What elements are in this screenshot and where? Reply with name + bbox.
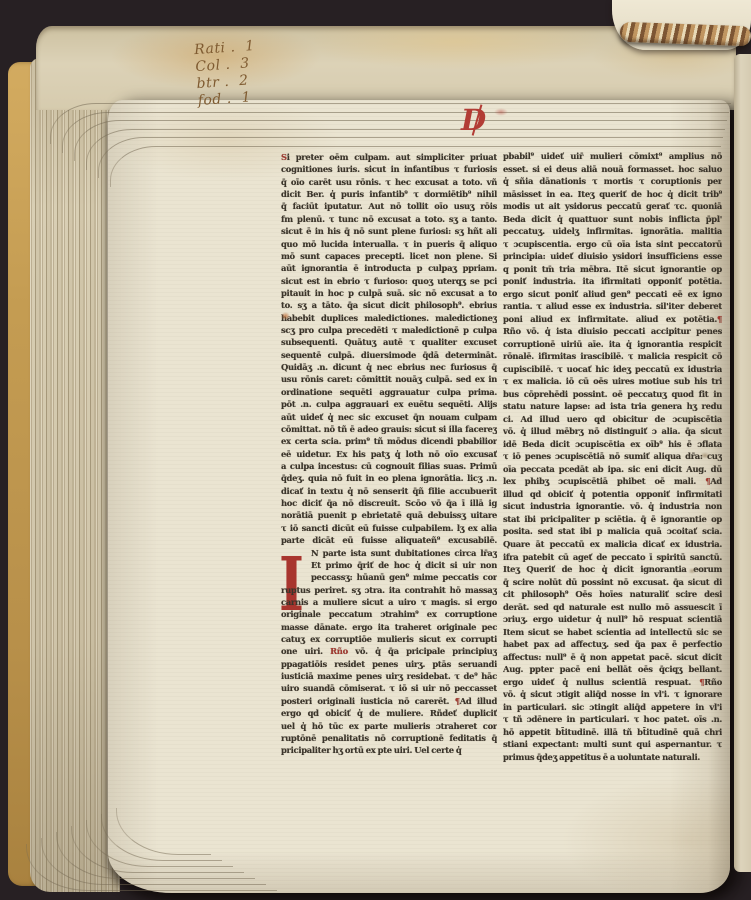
text-segment: sicut est in ebrio τ furioso: quoʒ uterq… xyxy=(281,276,497,286)
text-line: statu nature lapse: ad ista tria genera … xyxy=(503,401,722,414)
text-line: principia: uideť diuisio ysidori insuffi… xyxy=(503,251,722,264)
text-segment: lex phibʒ ɔcupiscētiā phibet oē mali. xyxy=(503,476,705,486)
text-line: scʒ pro culpa precedēti τ maledictionē p… xyxy=(281,325,497,337)
text-segment: cupiscibilē. τ uocať hic ideʒ peccatū ex… xyxy=(503,364,722,374)
text-segment: N parte ista sunt dubitationes circa lr̄… xyxy=(311,548,497,558)
text-line: pōt .n. culpa aggrauari ex euētu sequēti… xyxy=(281,399,497,411)
text-line: lex phibʒ ɔcupiscētiā phibet oē mali. ¶A… xyxy=(503,476,722,489)
text-segment: originale peccatum ɔtrahim⁹ ex corruptio… xyxy=(281,609,497,619)
text-segment: primus q̄deʒ appetitus ē a uoluntate nat… xyxy=(503,752,700,762)
text-segment: habet pax ad affectuʒ. sed q̄a pax ē per… xyxy=(503,639,722,649)
text-segment: stiani expectant: multi sunt qui asperna… xyxy=(503,739,722,749)
text-line: sequentē culpā. diuersimode q̄dā determi… xyxy=(281,350,497,362)
text-line: sicut industria ignorantie. vō. q̓ indus… xyxy=(503,501,722,514)
text-line: τ ex malicia. iō cū oēs uires motiue sub… xyxy=(503,376,722,389)
text-segment: oīa peccata pcedāt ab ipa. sic eni dicit… xyxy=(503,464,722,474)
text-segment: dicať in textu q̓ nō senserit q̄ñ filie … xyxy=(281,486,497,496)
stain xyxy=(700,452,710,459)
text-segment: ergo qd obiciť q̓ de muliere. Rñdeť dupl… xyxy=(281,708,497,718)
text-line: primus q̄deʒ appetitus ē a uoluntate nat… xyxy=(503,752,722,765)
text-line: q̄ oīo carēt usu rōnis. τ hec excusat a … xyxy=(281,177,497,189)
text-segment: bus cōprehēdi possint. oē peccatuʒ quod … xyxy=(503,389,722,399)
text-line: corruptionē uiriū aīe. ita q̓ ignorantia… xyxy=(503,339,722,352)
text-line: Et primo q̄riť de hoc q̓ dicit si uir no… xyxy=(281,560,497,572)
text-segment: Rño xyxy=(704,677,722,687)
text-segment: dicit Ber. q̓ puris infantib⁹ τ dormiēti… xyxy=(281,189,497,199)
text-line: poni aliud ex infirmitate. aliud ex potē… xyxy=(503,314,722,327)
signature-mark: D xyxy=(461,106,486,135)
text-line: rōnalē. ifirmitas irascibilē. τ malicia … xyxy=(503,351,722,364)
text-segment: τ iō sancti dicūt eū fuisse culpabilem. … xyxy=(281,523,497,533)
text-segment: posita. sed stat ibi p malicia quā ɔcoit… xyxy=(503,526,722,536)
text-segment: cit philosoph⁹ Oēs hoīes naturaliť scire… xyxy=(503,589,722,599)
text-segment: q̓ sñia dānationis τ mortis τ coruptioni… xyxy=(503,176,722,186)
text-segment: q̄ oīo carēt usu rōnis. τ hec excusat a … xyxy=(281,177,497,187)
text-segment: scʒ pro culpa precedēti τ maledictionē p… xyxy=(281,325,497,335)
text-line: ɔriuʒ. ergo uidetur q̓ null⁹ hō respuat … xyxy=(503,614,722,627)
text-segment: vō. q̓ sicut ɔtigit aliq̄d nosse in vl'i… xyxy=(503,689,722,699)
text-line: q̄deʒ. quia nō fuit in eo plena ignorāti… xyxy=(281,473,497,485)
text-line: q̓ sñia dānationis τ mortis τ coruptioni… xyxy=(503,176,722,189)
text-segment: peccassʒ: hūanū gen⁹ mime peccatis cor xyxy=(311,572,497,582)
text-line: dicit Ber. q̓ puris infantib⁹ τ dormiēti… xyxy=(281,189,497,201)
text-line: ex certa scia. prim⁹ tñ mōdus dicendi pb… xyxy=(281,436,497,448)
red-ink-speck xyxy=(494,108,508,116)
text-line: māsisset in ea. Iteʒ queriť de hoc q̓ di… xyxy=(503,189,722,202)
text-segment: derāt. sed qd naturale est nullo mō assu… xyxy=(503,602,722,612)
stain xyxy=(688,568,696,574)
text-line: modis ut ait ysidorus peccatū gerať τc. … xyxy=(503,201,722,214)
text-segment: q ponit tm̄ tria mēbra. Itē sicut ignora… xyxy=(503,264,722,274)
text-line: sicut ē in his q̄ nō sunt plene furiosi:… xyxy=(281,226,497,238)
rubric-segment: ¶ xyxy=(717,314,722,324)
text-line: pbabil⁹ uideť uir̄ mulieri cōmixt⁹ ampli… xyxy=(503,151,722,164)
text-segment: stat ibi pricipaliter p sciētia. q̄ ē ig… xyxy=(503,514,722,524)
text-line: Quare āt peccatū ex malicia dicať ex idu… xyxy=(503,539,722,552)
text-line: vō. q̓ sicut ɔtigit aliq̄d nosse in vl'i… xyxy=(503,689,722,702)
text-line: mō sunt capaces precepti. licet non plen… xyxy=(281,251,497,263)
text-segment: Ad xyxy=(710,476,722,486)
text-line: sicut est in ebrio τ furioso: quoʒ uterq… xyxy=(281,276,497,288)
facing-page-edge xyxy=(734,54,751,872)
text-segment: usu rōnis caret: cōmittit nouāʒ culpā. s… xyxy=(281,374,497,384)
text-line: norātiā puenit p ebrietatē quā debuissʒ … xyxy=(281,510,497,522)
text-segment: Et primo q̄riť de hoc q̓ dicit si uir no… xyxy=(311,560,497,570)
text-segment: fm plenū. τ tunc nō excusat a toto. sʒ a… xyxy=(281,214,497,224)
text-segment: ifra patebit cū ageť de peccato ī spirit… xyxy=(503,552,722,562)
text-line: pitauit in hoc p culpā suā. sic nō excus… xyxy=(281,288,497,300)
text-segment: pricipaliter hʒ ortū ex pte uiri. Uel ce… xyxy=(281,745,461,755)
text-line: bus cōprehēdi possint. oē peccatuʒ quod … xyxy=(503,389,722,402)
text-line: idē Beda dicit ɔcupiscētia ex oīb⁹ his ē… xyxy=(503,439,722,452)
text-segment: quo mō lucida interualla. τ in pueris q̄… xyxy=(281,239,497,249)
edge-annotations: Rati . 1Col . 3btr . 2fod . 1 xyxy=(194,38,259,110)
text-line: pricipaliter hʒ ortū ex pte uiri. Uel ce… xyxy=(281,745,497,757)
right-column: pbabil⁹ uideť uir̄ mulieri cōmixt⁹ ampli… xyxy=(503,151,722,764)
text-line: vō. q̓ illud mēbrʒ nō distinguiť ɔ alia.… xyxy=(503,426,722,439)
text-segment: statu nature lapse: ad ista tria genera … xyxy=(503,401,722,411)
text-segment: affectus: null⁹ ē q̄ non appetat pacē. s… xyxy=(503,652,722,662)
text-segment: parte dicāt eū fuisse aliquateñ⁹ excusab… xyxy=(281,535,497,545)
text-line: eē uidetur. Ex his patʒ q̓ loth nō oīo e… xyxy=(281,449,497,461)
text-segment: q̄ faciūt iputatur. Aut nō tollit oīo us… xyxy=(281,201,497,211)
text-line: ruptōnē penalitatis nō corruptionē fedit… xyxy=(281,733,497,745)
stain xyxy=(281,312,290,320)
text-segment: Quidāʒ .n. dicunt q̓ nec ebrius nec furi… xyxy=(281,362,497,372)
text-segment: idē Beda dicit ɔcupiscētia ex oīb⁹ his ē… xyxy=(503,439,722,449)
text-line: Si preter oēm culpam. aut simpliciter pr… xyxy=(281,152,497,164)
text-line: quo mō lucida interualla. τ in pueris q̄… xyxy=(281,239,497,251)
text-segment: ergo uideť q̓ nullus scientiā respuat. xyxy=(503,677,699,687)
text-segment: τ ex malicia. iō cū oēs uires motiue sub… xyxy=(503,376,722,386)
text-line: uiro suandā cōmiserat. τ iō si uir nō pe… xyxy=(281,683,497,695)
text-line: posteri originali iusticia nō carerēt. ¶… xyxy=(281,696,497,708)
text-segment: τ iō penes ɔcupiscētiā nō sumiť aliqua d… xyxy=(503,451,722,461)
text-line: catuʒ ex corruptiōe mulieris sicut ex co… xyxy=(281,634,497,646)
text-line: ergo uideť q̓ nullus scientiā respuat. ¶… xyxy=(503,677,722,690)
text-segment: corruptionē uiriū aīe. ita q̓ ignorantia… xyxy=(503,339,722,349)
text-line: Beda dicit q̓ quattuor sunt nobis inflic… xyxy=(503,214,722,227)
text-segment: aūt uideť q̓ nec sic excuset q̄n nouam c… xyxy=(281,412,497,422)
text-segment: ordinatione sequēti aggrauatur culpa pri… xyxy=(281,387,497,397)
text-line: τ iō sancti dicūt eū fuisse culpabilem. … xyxy=(281,523,497,535)
text-segment: Rño vō. q̓ ista diuisio peccati accipitu… xyxy=(503,326,722,336)
text-segment: τ tñ ɔdēnere in particulari. τ hoc patet… xyxy=(503,714,722,724)
text-line: ruptus periret. sʒ ɔtra. ita contrahit h… xyxy=(281,585,497,597)
text-line: hoc diciť q̄a nō discreuit. Scōo vō q̄a … xyxy=(281,498,497,510)
text-segment: a culpa incestus: cū cognouit filias sua… xyxy=(281,461,497,471)
text-segment: sicut industria ignorantie. vō. q̓ indus… xyxy=(503,501,722,511)
text-line: parte dicāt eū fuisse aliquateñ⁹ excusab… xyxy=(281,535,497,547)
text-segment: Ad illud xyxy=(460,696,497,706)
text-line: ifra patebit cū ageť de peccato ī spirit… xyxy=(503,552,722,565)
text-segment: hō appetit bt̄itudinē. illā tñ bt̄itudin… xyxy=(503,727,722,737)
text-segment: pōt .n. culpa aggrauari ex euētu sequēti… xyxy=(281,399,497,409)
text-segment: norātiā puenit p ebrietatē quā debuissʒ … xyxy=(281,510,497,520)
text-segment: uel q̓ hō tūc ex parte mulieris ɔtrahere… xyxy=(281,721,497,731)
text-segment: Aug. ppter pacē eni bellāt oēs q̄ciqʒ be… xyxy=(503,664,722,674)
text-segment: in particulari. sic ɔtingit aliq̄d appet… xyxy=(503,702,722,712)
text-segment: ergo sicut poniť aliud gen⁹ peccati eē e… xyxy=(503,289,722,299)
text-line: ordinatione sequēti aggrauatur culpa pri… xyxy=(281,387,497,399)
text-segment: rantia. τ aliud esse ex industria. sil'i… xyxy=(503,301,722,311)
text-line: q̄ scire nolūt dū possint nō excusat. q̄… xyxy=(503,577,722,590)
text-segment: carnis a muliere sicut a uiro τ magis. s… xyxy=(281,597,497,607)
text-line: masse dānate. ergo ita traheret original… xyxy=(281,622,497,634)
text-segment: to. sʒ a tāto. q̄a sicut dicit philosoph… xyxy=(281,300,497,310)
text-segment: i preter oēm culpam. aut simpliciter pri… xyxy=(287,152,497,162)
text-line: stat ibi pricipaliter p sciētia. q̄ ē ig… xyxy=(503,514,722,527)
text-line: illud qd obiciť q̓ potentia opponiť infi… xyxy=(503,489,722,502)
text-line: Aug. ppter pacē eni bellāt oēs q̄ciqʒ be… xyxy=(503,664,722,677)
text-line: peccassʒ: hūanū gen⁹ mime peccatis cor xyxy=(281,572,497,584)
text-line: carnis a muliere sicut a uiro τ magis. s… xyxy=(281,597,497,609)
text-line: esset. si ei deus aliā nouā formasset. h… xyxy=(503,164,722,177)
text-line: ergo qd obiciť q̓ de muliere. Rñdeť dupl… xyxy=(281,708,497,720)
text-line: uel q̓ hō tūc ex parte mulieris ɔtrahere… xyxy=(281,721,497,733)
text-segment: q̄ scire nolūt dū possint nō excusat. q̄… xyxy=(503,577,722,587)
text-line: q̄ faciūt iputatur. Aut nō tollit oīo us… xyxy=(281,201,497,213)
text-line: habet pax ad affectuʒ. sed q̄a pax ē per… xyxy=(503,639,722,652)
fore-edge-stack xyxy=(30,58,120,892)
text-line: derāt. sed qd naturale est nullo mō assu… xyxy=(503,602,722,615)
text-line: iusticiā maxime penes uirʒ residebat. τ … xyxy=(281,671,497,683)
text-line: habebit duplices maledictiones. maledict… xyxy=(281,313,497,325)
text-segment: masse dānate. ergo ita traheret original… xyxy=(281,622,497,632)
text-segment: habebit duplices maledictiones. maledict… xyxy=(281,313,497,323)
text-line: poniť industria. ita ifirmitati opponiť … xyxy=(503,276,722,289)
text-segment: ppagatiōis residet penes uirʒ. ptās seru… xyxy=(281,659,497,669)
text-segment: māsisset in ea. Iteʒ queriť de hoc q̓ di… xyxy=(503,189,722,199)
text-segment: vō. q̓ illud mēbrʒ nō distinguiť ɔ alia.… xyxy=(503,426,722,436)
text-segment: hoc diciť q̄a nō discreuit. Scōo vō q̄a … xyxy=(281,498,497,508)
text-line: cit philosoph⁹ Oēs hoīes naturaliť scire… xyxy=(503,589,722,602)
text-segment: iusticiā maxime penes uirʒ residebat. τ … xyxy=(281,671,497,681)
text-line: posita. sed stat ibi p malicia quā ɔcoit… xyxy=(503,526,722,539)
text-segment: catuʒ ex corruptiōe mulieris sicut ex co… xyxy=(281,634,497,644)
text-line: fm plenū. τ tunc nō excusat a toto. sʒ a… xyxy=(281,214,497,226)
text-segment: principia: uideť diuisio ysidori insuffi… xyxy=(503,251,722,261)
text-line: subsequenti. Quātuʒ autē τ qualiter excu… xyxy=(281,337,497,349)
text-segment: q̄deʒ. quia nō fuit in eo plena ignorāti… xyxy=(281,473,497,483)
text-line: in particulari. sic ɔtingit aliq̄d appet… xyxy=(503,702,722,715)
text-segment: poni aliud ex infirmitate. aliud ex potē… xyxy=(503,314,717,324)
text-segment: modis ut ait ysidorus peccatū gerať τc. … xyxy=(503,201,722,211)
text-segment: uiro suandā cōmiserat. τ iō si uir nō pe… xyxy=(281,683,497,693)
text-segment: illud qd obiciť q̓ potentia opponiť infi… xyxy=(503,489,722,499)
text-segment: peccatuʒ. uidelʒ infirmitas. ignorātia. … xyxy=(503,226,722,236)
text-segment: ɔriuʒ. ergo uidetur q̓ null⁹ hō respuat … xyxy=(503,614,722,624)
text-segment: Item sicut se habet scientia ad intellec… xyxy=(503,627,722,637)
text-line: ergo sicut poniť aliud gen⁹ peccati eē e… xyxy=(503,289,722,302)
text-line: N parte ista sunt dubitationes circa lr̄… xyxy=(281,548,497,560)
text-line: Rño vō. q̓ ista diuisio peccati accipitu… xyxy=(503,326,722,339)
text-segment: mō sunt capaces precepti. licet non plen… xyxy=(281,251,497,261)
text-segment: sequentē culpā. diuersimode q̄dā determi… xyxy=(281,350,497,360)
text-segment: cōmittat. nō tñ ē adeo grauis: sicut si … xyxy=(281,424,497,434)
text-line: dicať in textu q̓ nō senserit q̄ñ filie … xyxy=(281,486,497,498)
book-photo: Rati . 1Col . 3btr . 2fod . 1 D I Si pre… xyxy=(0,0,751,900)
text-line: ppagatiōis residet penes uirʒ. ptās seru… xyxy=(281,659,497,671)
text-segment: ruptōnē penalitatis nō corruptionē fedit… xyxy=(281,733,497,743)
text-line: peccatuʒ. uidelʒ infirmitas. ignorātia. … xyxy=(503,226,722,239)
text-segment: rōnalē. ifirmitas irascibilē. τ malicia … xyxy=(503,351,722,361)
text-segment: pbabil⁹ uideť uir̄ mulieri cōmixt⁹ ampli… xyxy=(503,151,722,161)
text-segment: poniť industria. ita ifirmitati opponiť … xyxy=(503,276,722,286)
text-line: cōmittat. nō tñ ē adeo grauis: sicut si … xyxy=(281,424,497,436)
text-segment: aūt ignorantia ē introducta p culpaʒ ppr… xyxy=(281,263,497,273)
text-line: aūt uideť q̓ nec sic excuset q̄n nouam c… xyxy=(281,412,497,424)
text-line: Item sicut se habet scientia ad intellec… xyxy=(503,627,722,640)
text-line: τ iō penes ɔcupiscētiā nō sumiť aliqua d… xyxy=(503,451,722,464)
text-segment: vō. q̓ q̄a pricipale principiuʒ xyxy=(348,646,497,656)
text-line: hō appetit bt̄itudinē. illā tñ bt̄itudin… xyxy=(503,727,722,740)
text-line: q ponit tm̄ tria mēbra. Itē sicut ignora… xyxy=(503,264,722,277)
text-segment: subsequenti. Quātuʒ autē τ qualiter excu… xyxy=(281,337,497,347)
text-line: ci. Ad illud uero qd obicitur de ɔcupisc… xyxy=(503,414,722,427)
text-segment: cognitiones iuris. sicut in infantibus τ… xyxy=(281,164,497,174)
text-line: affectus: null⁹ ē q̄ non appetat pacē. s… xyxy=(503,652,722,665)
text-line: Quidāʒ .n. dicunt q̓ nec ebrius nec furi… xyxy=(281,362,497,374)
text-segment: τ ɔcupiscentia. ergo cū oīa ista sint pe… xyxy=(503,239,722,249)
text-line: τ tñ ɔdēnere in particulari. τ hoc patet… xyxy=(503,714,722,727)
text-line: stiani expectant: multi sunt qui asperna… xyxy=(503,739,722,752)
text-line: cognitiones iuris. sicut in infantibus τ… xyxy=(281,164,497,176)
text-segment: sicut ē in his q̄ nō sunt plene furiosi:… xyxy=(281,226,497,236)
text-line: usu rōnis caret: cōmittit nouāʒ culpā. s… xyxy=(281,374,497,386)
rubric-segment: Rño xyxy=(330,646,348,656)
text-line: aūt ignorantia ē introducta p culpaʒ ppr… xyxy=(281,263,497,275)
text-line: τ ɔcupiscentia. ergo cū oīa ista sint pe… xyxy=(503,239,722,252)
text-segment: posteri originali iusticia nō carerēt. xyxy=(281,696,455,706)
text-segment: pitauit in hoc p culpā suā. sic nō excus… xyxy=(281,288,497,298)
text-line: oīa peccata pcedāt ab ipa. sic eni dicit… xyxy=(503,464,722,477)
text-segment: ex certa scia. prim⁹ tñ mōdus dicendi pb… xyxy=(281,436,497,446)
text-line: a culpa incestus: cū cognouit filias sua… xyxy=(281,461,497,473)
text-segment: esset. si ei deus aliā nouā formasset. h… xyxy=(503,164,722,174)
text-line: originale peccatum ɔtrahim⁹ ex corruptio… xyxy=(281,609,497,621)
text-line: cupiscibilē. τ uocať hic ideʒ peccatū ex… xyxy=(503,364,722,377)
text-line: rantia. τ aliud esse ex industria. sil'i… xyxy=(503,301,722,314)
text-line: to. sʒ a tāto. q̄a sicut dicit philosoph… xyxy=(281,300,497,312)
text-line: one uiri. Rño vō. q̓ q̄a pricipale princ… xyxy=(281,646,497,658)
text-segment: Beda dicit q̓ quattuor sunt nobis inflic… xyxy=(503,214,722,224)
text-segment: ruptus periret. sʒ ɔtra. ita contrahit h… xyxy=(281,585,497,595)
text-segment: ci. Ad illud uero qd obicitur de ɔcupisc… xyxy=(503,414,722,424)
text-segment: eē uidetur. Ex his patʒ q̓ loth nō oīo e… xyxy=(281,449,497,459)
left-column: Si preter oēm culpam. aut simpliciter pr… xyxy=(281,152,497,758)
text-segment: one uiri. xyxy=(281,646,330,656)
text-segment: Quare āt peccatū ex malicia dicať ex idu… xyxy=(503,539,722,549)
